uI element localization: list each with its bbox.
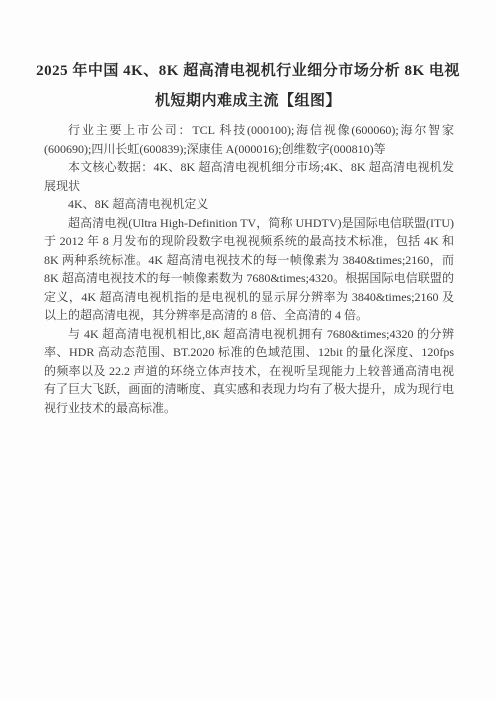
document-page: 2025 年中国 4K、8K 超高清电视机行业细分市场分析 8K 电视机短期内难… <box>0 0 496 701</box>
paragraph-core-data: 本文核心数据：4K、8K 超高清电视机细分市场;4K、8K 超高清电视机发展现状 <box>44 158 454 195</box>
section-heading-definition: 4K、8K 超高清电视机定义 <box>44 195 454 214</box>
document-body: 行业主要上市公司：TCL 科技(000100);海信视像(600060);海尔智… <box>44 121 454 417</box>
paragraph-8k-comparison: 与 4K 超高清电视机相比,8K 超高清电视机拥有 7680&times;432… <box>44 325 454 418</box>
document-title: 2025 年中国 4K、8K 超高清电视机行业细分市场分析 8K 电视机短期内难… <box>34 56 462 116</box>
paragraph-uhdtv-definition: 超高清电视(Ultra High-Definition TV，简称 UHDTV)… <box>44 214 454 325</box>
paragraph-listed-companies: 行业主要上市公司：TCL 科技(000100);海信视像(600060);海尔智… <box>44 121 454 158</box>
